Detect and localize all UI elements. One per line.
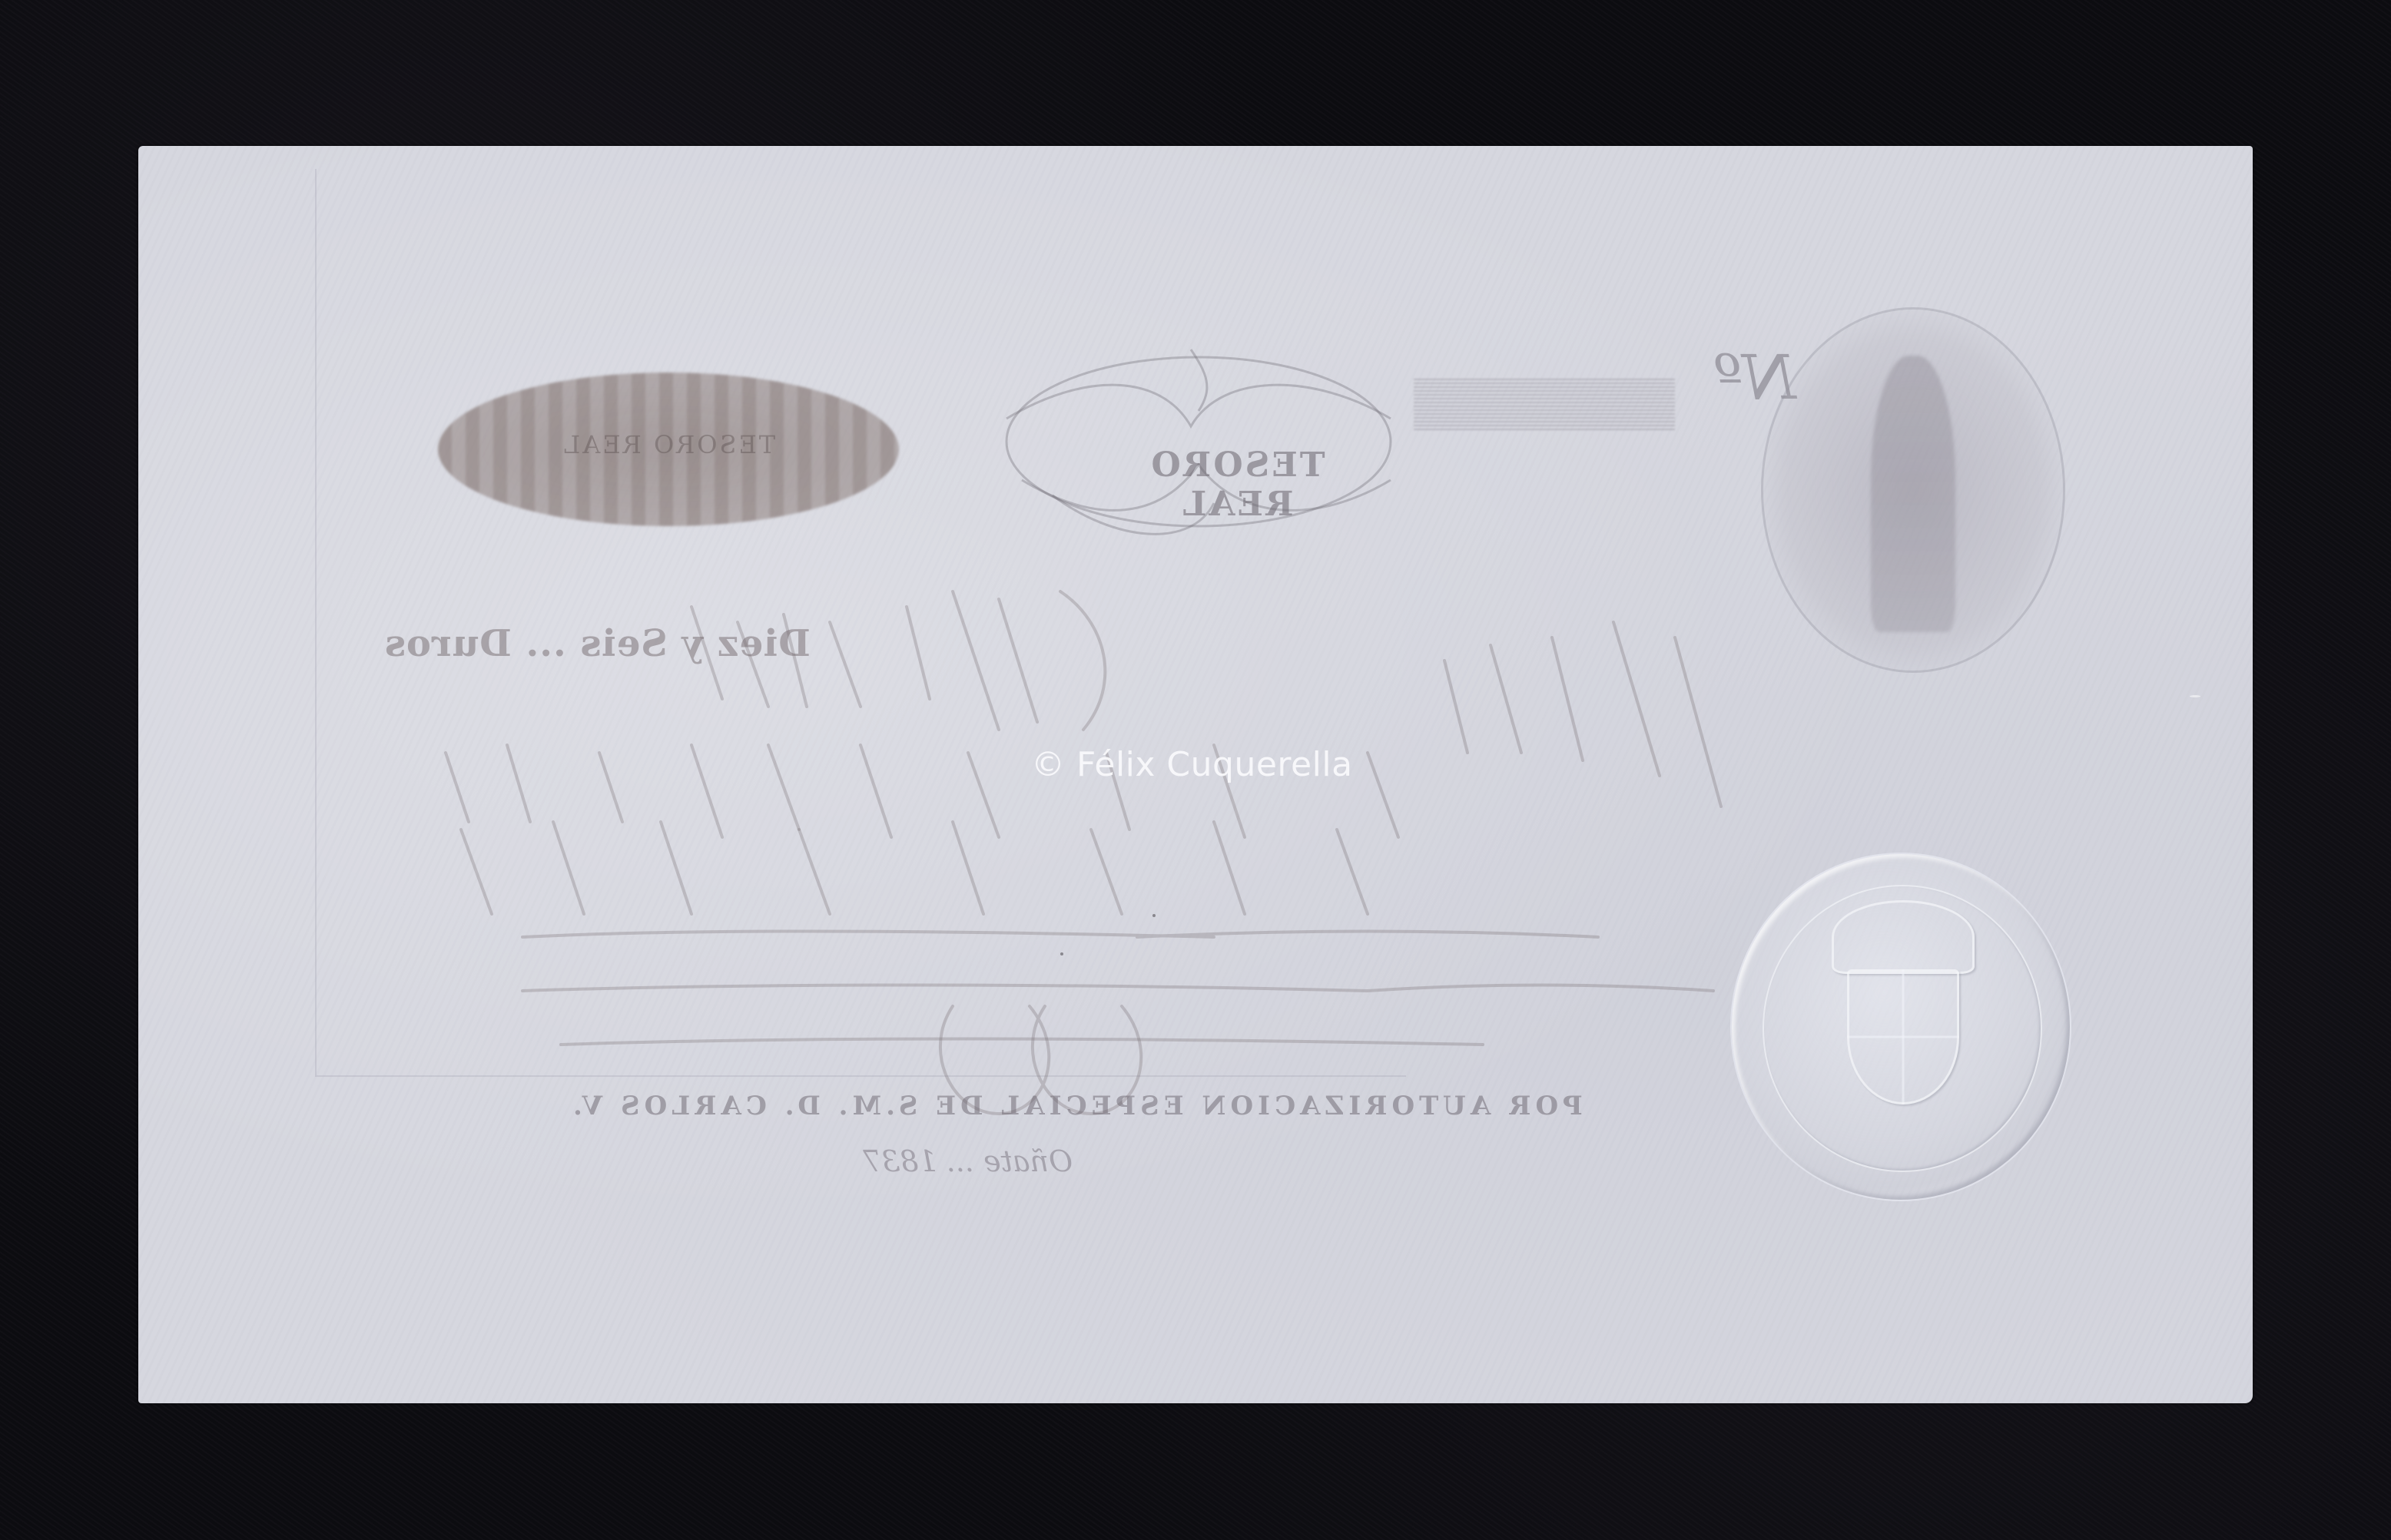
crown-icon	[1832, 900, 1975, 974]
title-show-through: TESORO REAL	[1099, 445, 1375, 524]
serial-number-smudge	[1414, 376, 1675, 430]
authorization-text: POR AUTORIZACION ESPECIAL DE S.M. D. CAR…	[569, 1091, 1583, 1121]
paper-speck	[1060, 952, 1063, 955]
date-show-through: Oñate ... 1837	[814, 1144, 1122, 1178]
oval-stamp-label: TESORO REAL	[562, 430, 775, 459]
date-text: Oñate ... 1837	[863, 1144, 1073, 1178]
embossed-royal-seal	[1730, 853, 2071, 1201]
authorization-show-through: POR AUTORIZACION ESPECIAL DE S.M. D. CAR…	[569, 1091, 1567, 1121]
title-text: TESORO REAL	[1099, 445, 1375, 524]
paper-mark	[2190, 695, 2200, 697]
oval-stamp-text: TESORO REAL	[461, 430, 876, 459]
paper-speck	[1152, 914, 1156, 917]
coat-of-arms-shield-icon	[1847, 969, 1959, 1104]
copyright-watermark: © Félix Cuquerella	[1031, 745, 1353, 784]
inner-frame-line-left	[315, 169, 317, 1075]
